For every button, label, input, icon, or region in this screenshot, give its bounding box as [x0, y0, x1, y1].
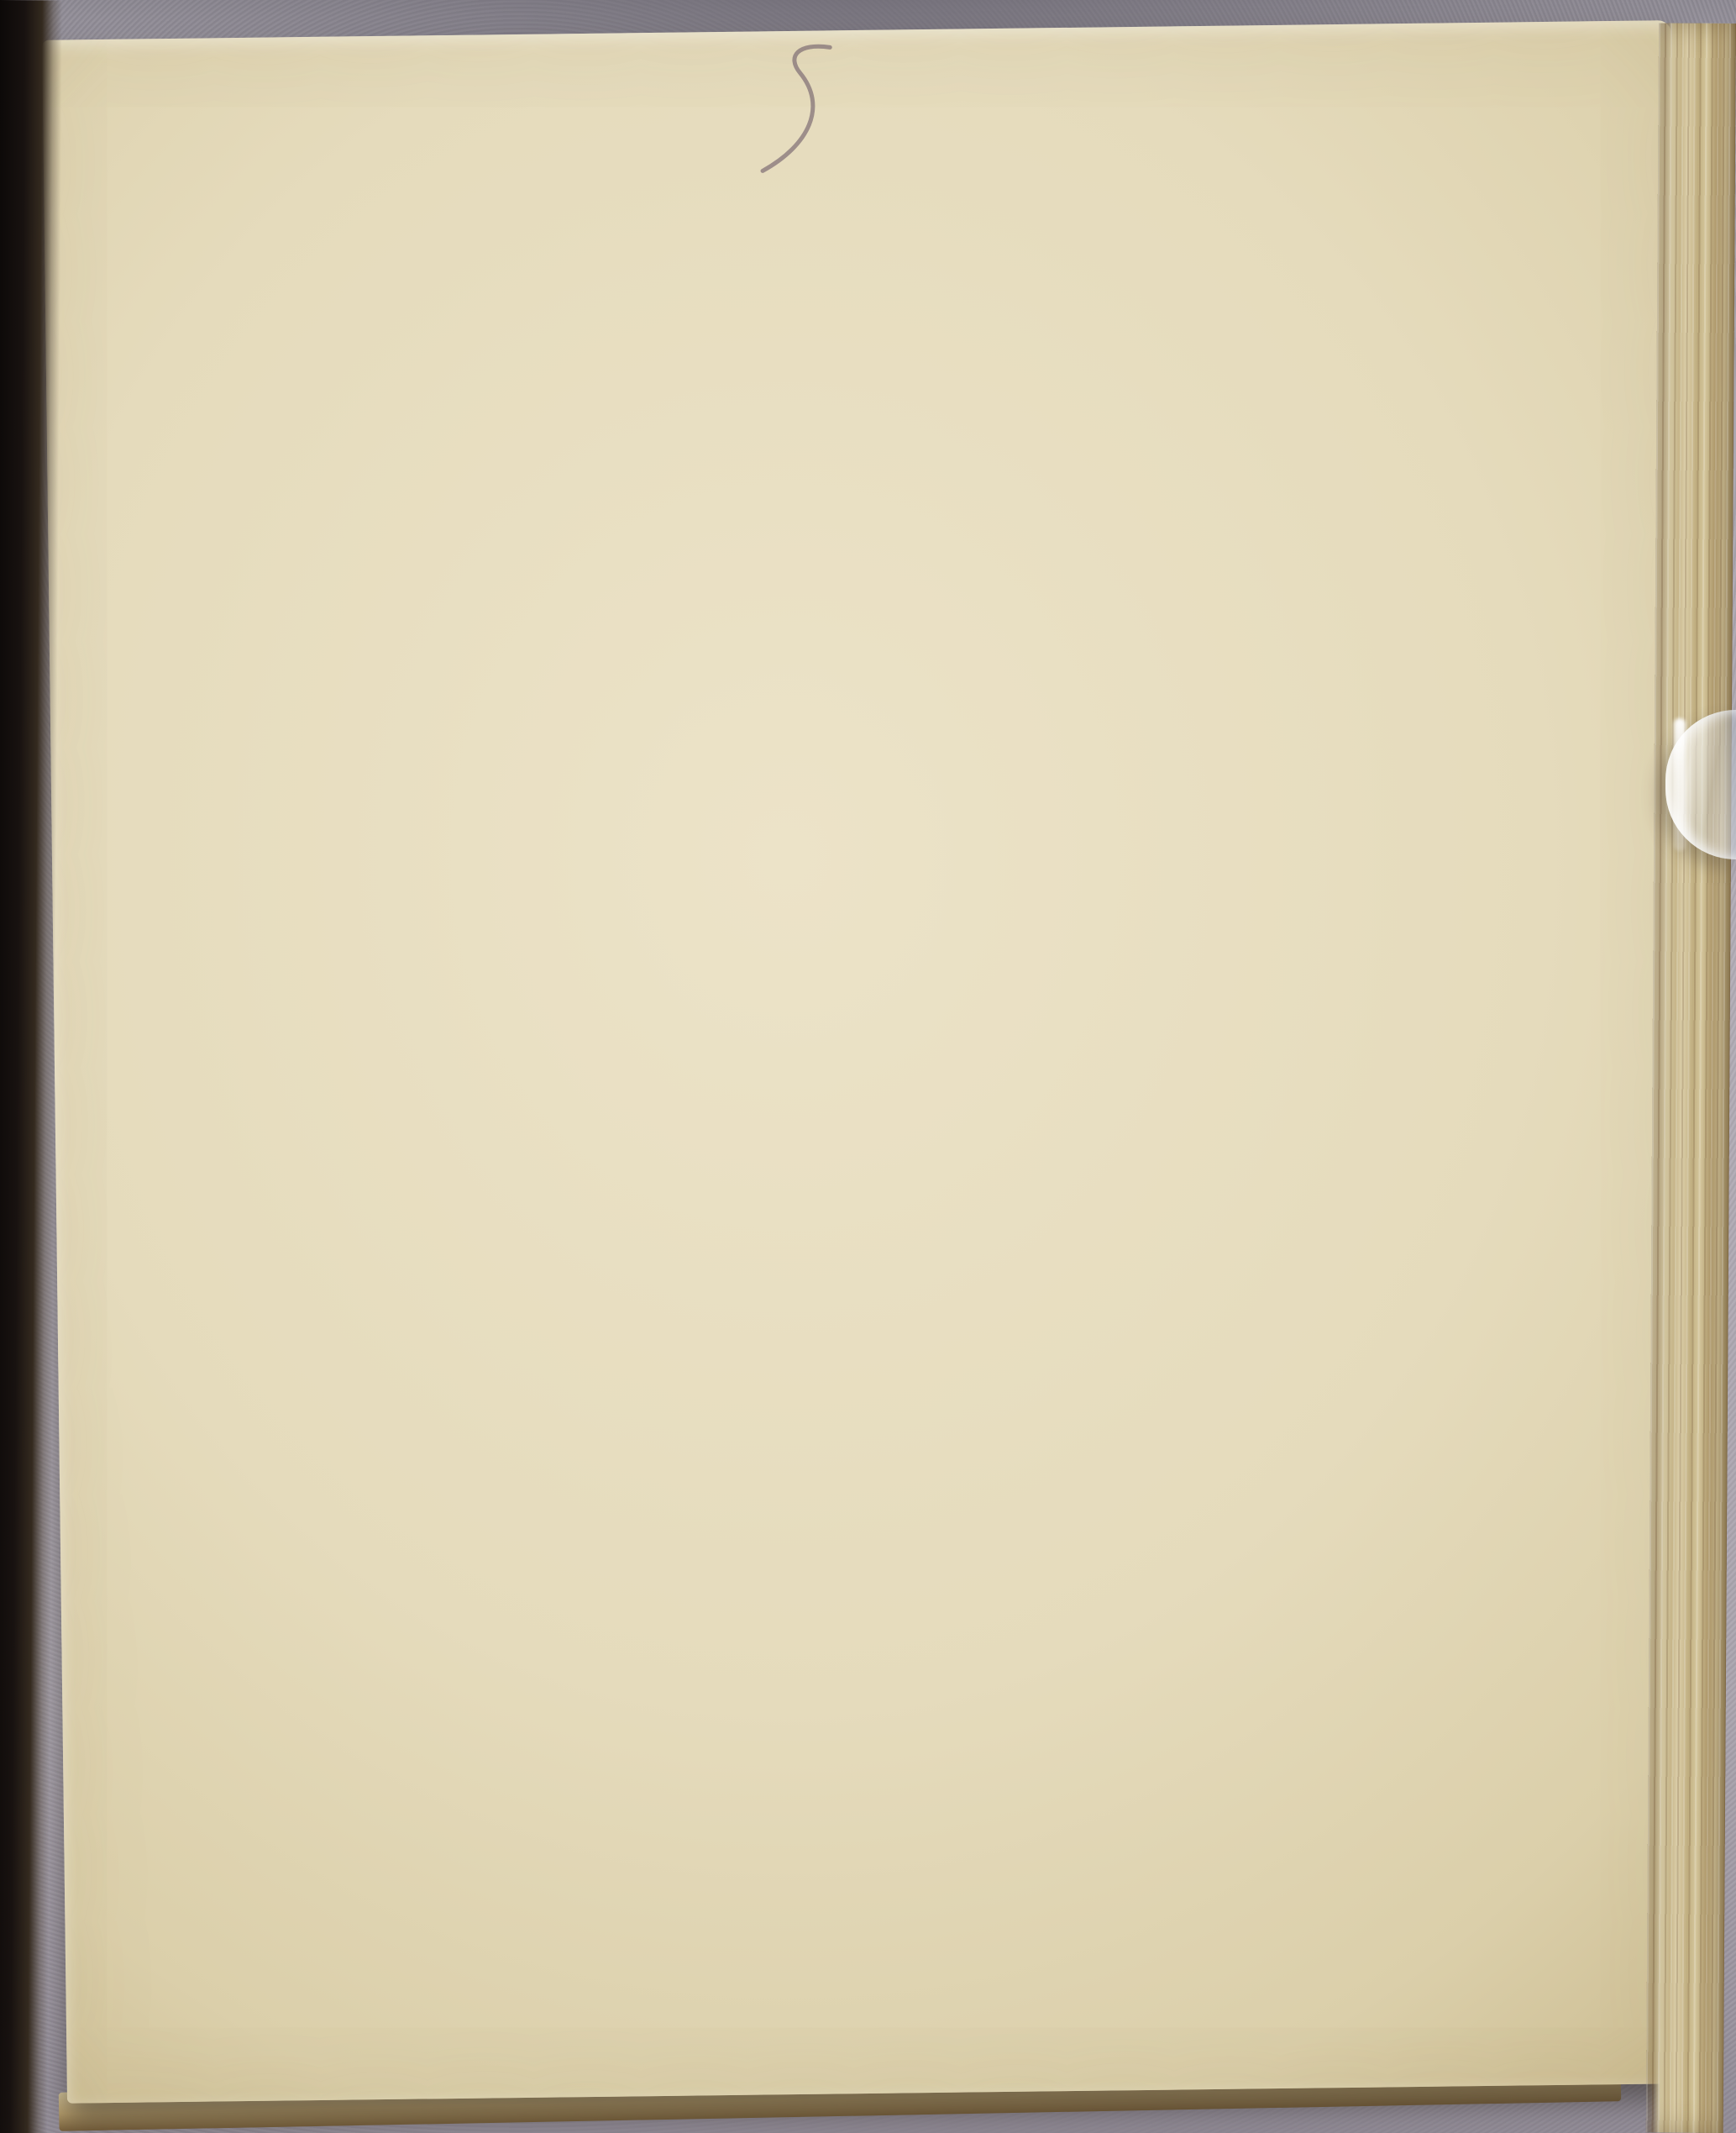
manuscript-page: [42, 20, 1697, 2104]
book-page-edges: [1646, 23, 1736, 2133]
manuscript-text: [97, 45, 1669, 2096]
glass-object: [1665, 710, 1736, 859]
photo-scene: [0, 0, 1736, 2133]
book-spine: [0, 0, 62, 2133]
insertion-mark-icon: [749, 35, 852, 179]
